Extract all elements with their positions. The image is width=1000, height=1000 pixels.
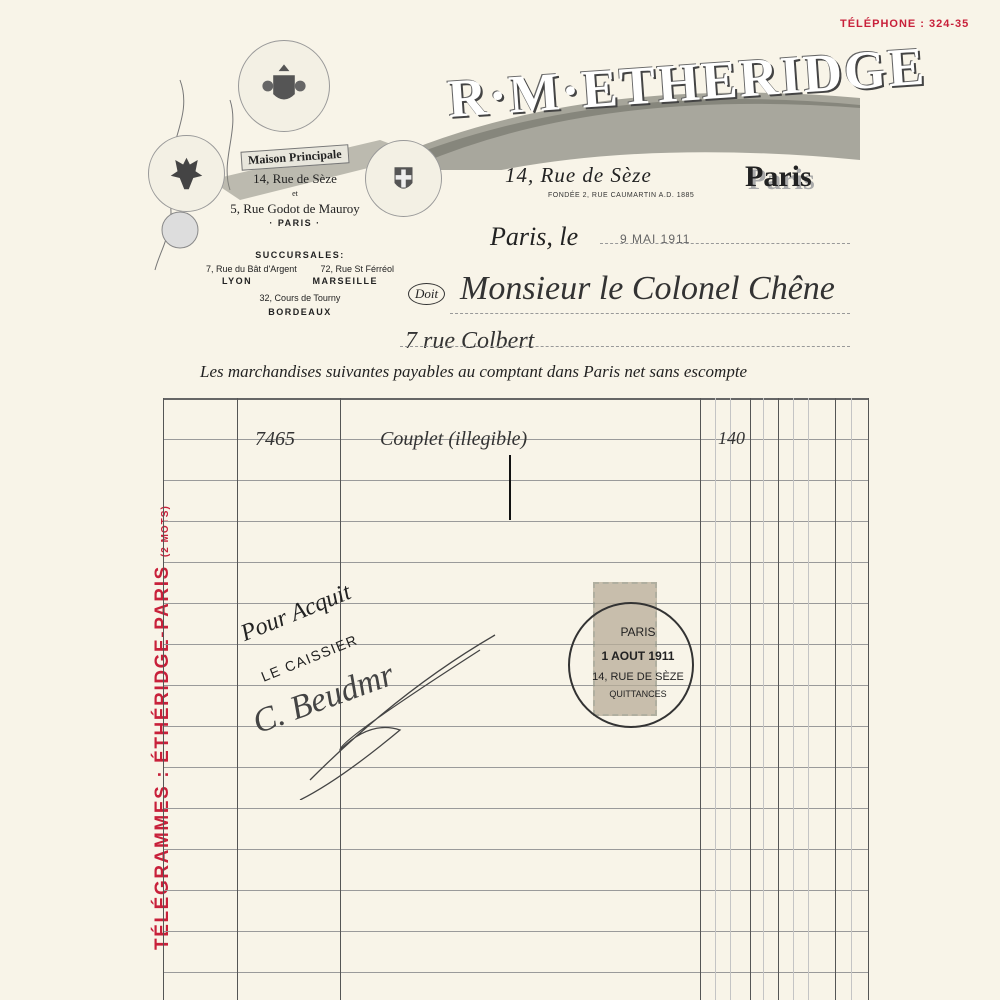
cancellation-postmark bbox=[568, 602, 694, 728]
payment-terms: Les marchandises suivantes payables au c… bbox=[200, 362, 747, 382]
signature-flourish bbox=[280, 630, 500, 800]
head-office-block: Maison Principale 14, Rue de Sèze et 5, … bbox=[215, 148, 375, 228]
company-city: Paris bbox=[745, 160, 812, 194]
customer-address: 7 rue Colbert bbox=[405, 328, 534, 355]
marseille-city: MARSEILLE bbox=[312, 276, 378, 286]
founded-note: FONDÉE 2, RUE CAUMARTIN A.D. 1885 bbox=[548, 192, 694, 199]
lyon-city: LYON bbox=[222, 276, 252, 286]
company-address: 14, Rue de Sèze bbox=[505, 163, 652, 188]
invoice-paper: TÉLÉPHONE : 324-35 TÉLÉGRAMMES : ÉTHÉRID… bbox=[0, 0, 1000, 1000]
head-office-label: Maison Principale bbox=[241, 144, 350, 170]
branches-label: SUCCURSALES: bbox=[200, 250, 400, 260]
customer-name: Monsieur le Colonel Chêne bbox=[460, 270, 835, 308]
eagle-arms-medallion bbox=[148, 135, 225, 212]
telephone-number: TÉLÉPHONE : 324-35 bbox=[840, 18, 969, 30]
branches-block: SUCCURSALES: 7, Rue du Bât d'Argent72, R… bbox=[200, 250, 400, 317]
stamp-date: 1 AOUT 1911 bbox=[563, 649, 713, 663]
stamp-street: 14, RUE DE SÈZE bbox=[563, 671, 713, 683]
item-amount: 140 bbox=[718, 428, 745, 449]
marseille-address: 72, Rue St Férréol bbox=[320, 264, 394, 274]
head-office-line3: 5, Rue Godot de Mauroy bbox=[215, 201, 375, 216]
head-office-line1: 14, Rue de Sèze bbox=[215, 171, 375, 186]
address-line bbox=[400, 346, 850, 347]
bordeaux-address: 32, Cours de Tourny bbox=[200, 293, 400, 303]
savoy-arms-medallion bbox=[365, 140, 442, 217]
royal-coat-of-arms-icon bbox=[257, 59, 311, 113]
head-office-line2: et bbox=[215, 186, 375, 201]
royal-arms-medallion bbox=[238, 40, 330, 132]
head-office-city: · PARIS · bbox=[215, 218, 375, 228]
item-description: Couplet (illegible) bbox=[380, 428, 527, 451]
bordeaux-city: BORDEAUX bbox=[200, 307, 400, 317]
date-stamp: 9 MAI 1911 bbox=[620, 232, 690, 246]
savoy-cross-shield-icon bbox=[381, 156, 426, 201]
double-eagle-icon bbox=[164, 151, 209, 196]
date-label: Paris, le bbox=[490, 222, 578, 252]
stamp-fiscal-label: QUITTANCES bbox=[563, 689, 713, 699]
customer-line bbox=[450, 313, 850, 314]
lyon-address: 7, Rue du Bât d'Argent bbox=[206, 264, 297, 274]
doit-label: Doit bbox=[408, 283, 445, 305]
stamp-city: PARIS bbox=[563, 625, 713, 639]
item-reference: 7465 bbox=[255, 428, 295, 451]
ink-stroke bbox=[509, 455, 511, 520]
receipt-tax-stamp: PARIS 1 AOUT 1911 14, RUE DE SÈZE QUITTA… bbox=[563, 577, 713, 727]
